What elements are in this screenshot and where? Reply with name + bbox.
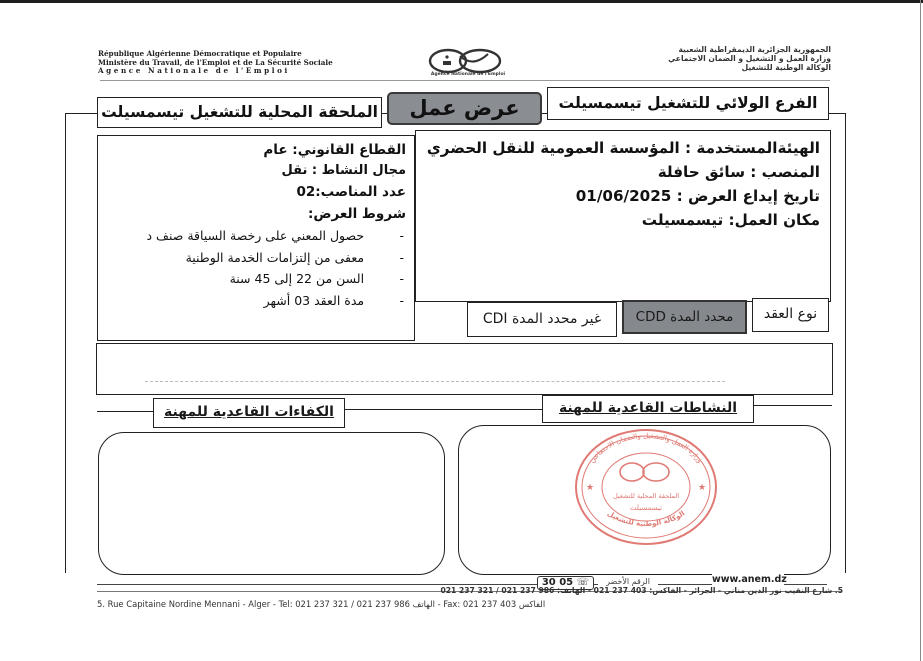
header-french: République Algérienne Démocratique et Po… [98,50,398,76]
condition-item: - حصول المعني على رخصة السياقة صنف د [104,225,406,247]
conditions-list: - حصول المعني على رخصة السياقة صنف د - م… [104,225,406,311]
basic-activities-header: النشاطات القاعدية للمهنة [542,395,754,423]
work-location-field: مكان العمل: تيسمسيلت [424,208,820,232]
official-stamp-icon: الملحقة المحلية للتشغيل تيسمسيلت ★ ★ وزا… [572,426,720,548]
header-fr-agency: Agence Nationale de l'Emploi [98,67,398,76]
condition-item: - مدة العقد 03 أشهر [104,290,406,312]
legal-sector-field: القطاع القانوني: عام [104,139,406,161]
section-connector [345,409,542,410]
notes-dotted-line [145,381,725,382]
top-edge-bar [0,0,923,3]
website-link[interactable]: www.anem.dz [712,573,784,586]
submission-date-field: تاريخ إيداع العرض : 01/06/2025 [424,184,820,208]
activity-field: مجال النشاط : نقل [104,161,406,181]
svg-text:★: ★ [698,483,706,493]
address-arabic: 5. شارع النقيب نور الدين مناني - الجزائر… [423,586,843,596]
document-title: عرض عمل [387,92,542,125]
positions-count-field: عدد المناصب:02 [104,181,406,203]
header-ar-agency: الوكالة الوطنية للتشغيل [531,63,831,72]
position-field: المنصب : سائق حافلة [424,160,820,184]
conditions-title: شروط العرض: [104,203,406,225]
address-french: 5. Rue Capitaine Nordine Mennani - Alger… [97,599,597,610]
page-right-edge [920,0,921,661]
header-divider [100,80,830,81]
employer-field: الهيئةالمستخدمة : المؤسسة العمومية للنقل… [424,136,820,160]
section-connector [752,405,832,406]
logo-caption: Agence Nationale de l'Emploi [418,72,518,77]
header-ar-republic: الجمهورية الجزائرية الديمقراطية الشعبية [531,45,831,54]
job-main-info: الهيئةالمستخدمة : المؤسسة العمومية للنقل… [415,130,831,302]
contract-type-label: نوع العقد [752,298,829,332]
condition-item: - معفى من إلتزامات الخدمة الوطنية [104,247,406,269]
job-side-info: القطاع القانوني: عام مجال النشاط : نقل ع… [97,135,415,341]
wilaya-branch-label: الفرع الولائي للتشغيل تيسمسيلت [547,87,829,120]
svg-text:★: ★ [586,483,594,493]
svg-text:الوكالة الوطنية للتشغيل: الوكالة الوطنية للتشغيل [606,509,686,528]
basic-competencies-header: الكفاءات القاعدية للمهنة [153,398,345,428]
notes-box [96,343,833,395]
header-arabic: الجمهورية الجزائرية الديمقراطية الشعبية … [531,45,831,72]
contract-option-cdi: غير محدد المدة CDI [467,302,617,337]
condition-item: - السن من 22 إلى 45 سنة [104,268,406,290]
svg-text:تيسمسيلت: تيسمسيلت [630,504,662,512]
svg-text:الملحقة المحلية للتشغيل: الملحقة المحلية للتشغيل [613,492,679,500]
contract-option-cdd: محدد المدة CDD [622,300,747,334]
header-ar-ministry: وزارة العمل و التشغيل و الضمان الاجتماعي [531,54,831,63]
local-agency-label: الملحقة المحلية للتشغيل تيسمسيلت [97,97,382,128]
anem-logo-icon [418,46,518,84]
section-connector [97,411,153,412]
svg-text:وزارة العمل والتشغيل والضمان ا: وزارة العمل والتشغيل والضمان الاجتماعي [588,432,704,465]
basic-competencies-box [98,432,445,575]
